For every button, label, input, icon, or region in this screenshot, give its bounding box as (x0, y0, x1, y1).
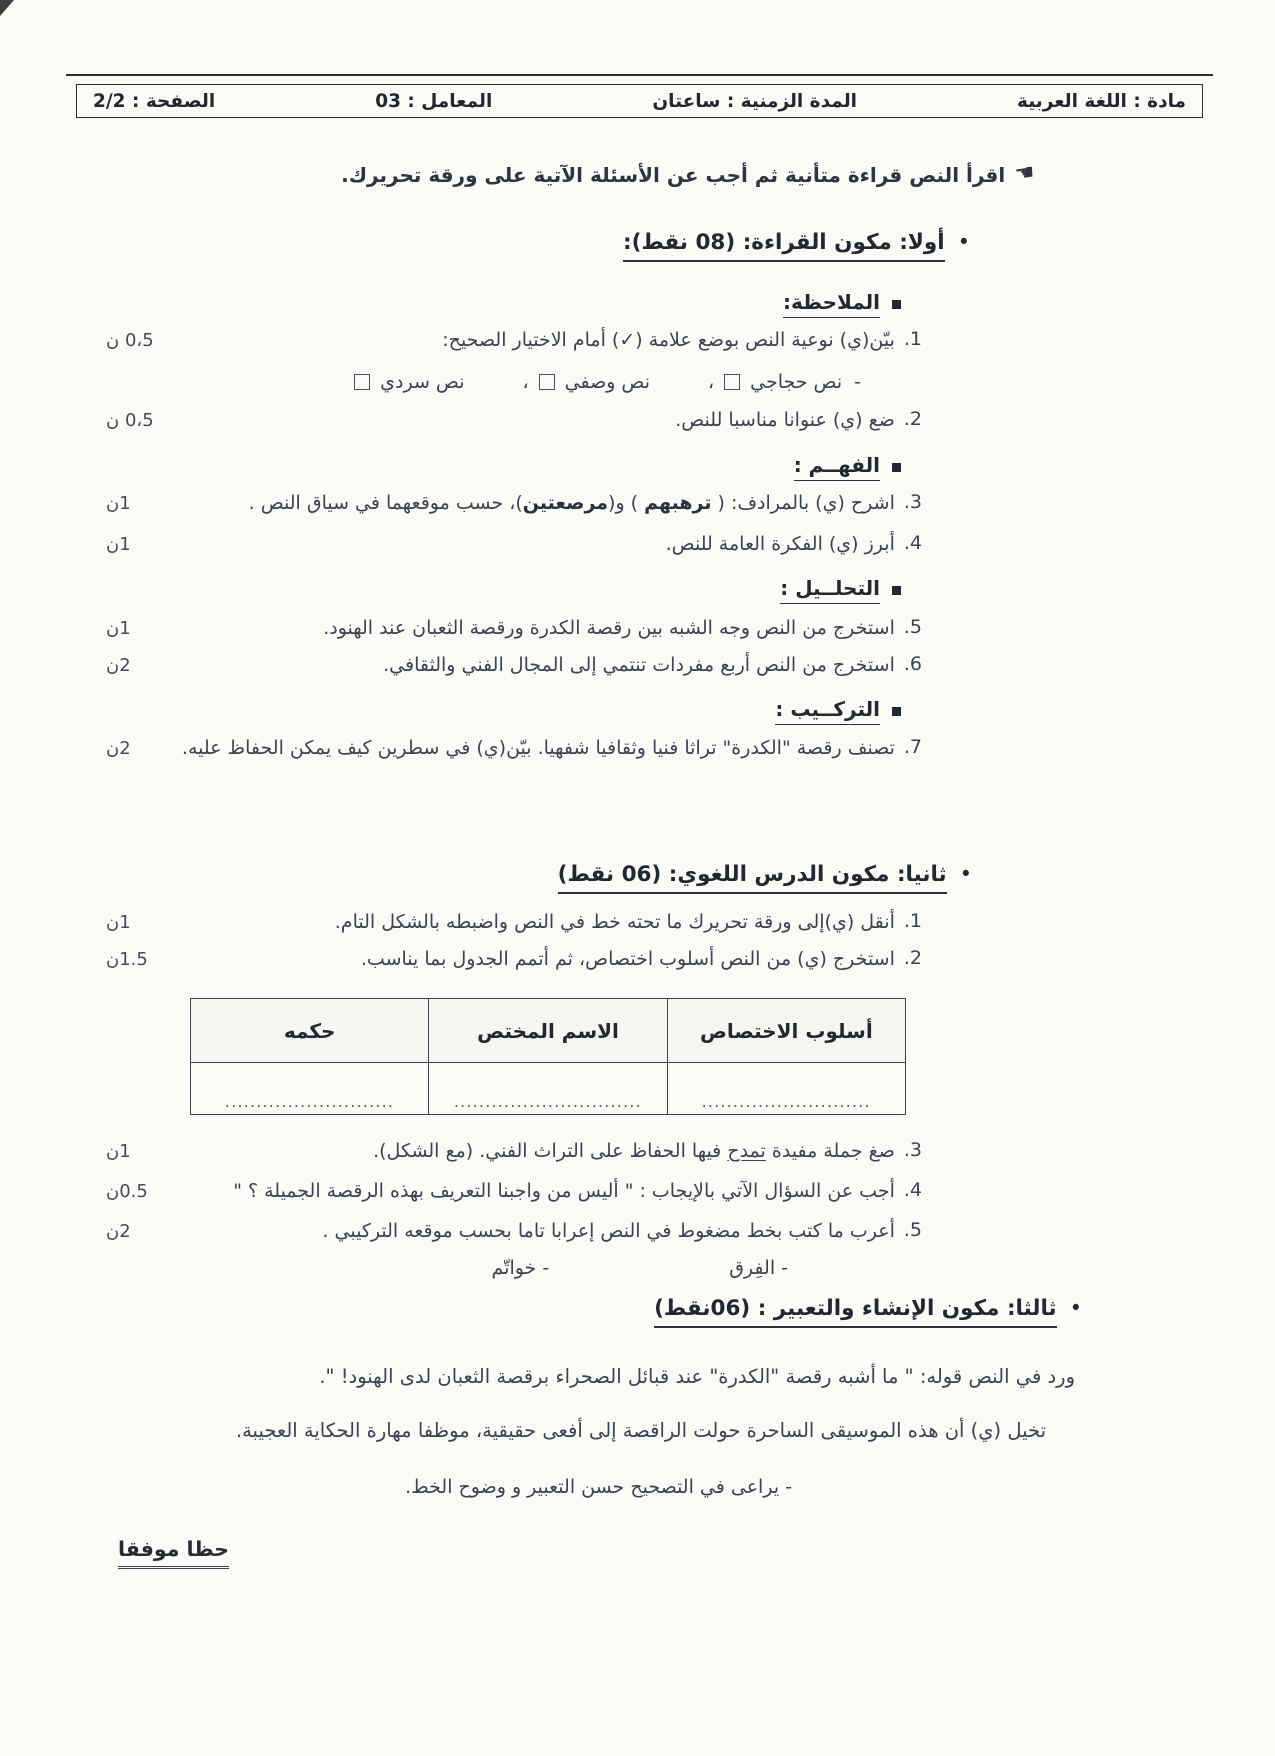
score-badge: 2ن (106, 1219, 131, 1242)
question-l3: 3. صغ جملة مفيدة تمدح فيها الحفاظ على ال… (106, 1139, 922, 1164)
square-bullet-icon (892, 586, 901, 595)
square-bullet-icon (892, 707, 901, 716)
question-l2: 2. استخرج (ي) من النص أسلوب اختصاص، ثم أ… (106, 947, 922, 972)
correction-note: - يراعى في التصحيح حسن التعبير و وضوح ال… (405, 1476, 792, 1498)
text-part: اشرح (ي) بالمرادف: ( (711, 492, 894, 514)
question-number: 2. (904, 947, 922, 972)
question-number: 7. (904, 736, 922, 761)
question-number: 4. (904, 1179, 922, 1204)
option-narrative: نص سردي (344, 371, 464, 393)
question-text: أعرب ما كتب بخط مضغوط في النص إعرابا تام… (322, 1219, 894, 1244)
coefficient-field: المعامل : 03 (375, 91, 492, 112)
question-r3: 3. اشرح (ي) بالمرادف: ( ترهبهم ) و(مرصعت… (106, 491, 922, 516)
question-l5: 5. أعرب ما كتب بخط مضغوط في النص إعرابا … (106, 1219, 922, 1244)
subsection-comprehension: الفهــم : (794, 453, 901, 481)
specialization-table: أسلوب الاختصاص الاسم المختص حكمه .......… (190, 998, 906, 1115)
question-text: استخرج من النص وجه الشبه بين رقصة الكدرة… (323, 616, 895, 641)
question-number: 5. (904, 1219, 922, 1244)
bold-word: ترهبهم (644, 492, 711, 514)
duration-field: المدة الزمنية : ساعتان (652, 91, 857, 112)
score-badge: 1ن (106, 910, 131, 933)
text-part: صغ جملة مفيدة (766, 1140, 895, 1162)
parsing-item: - الفِرق (729, 1257, 788, 1279)
text-part: ) و( (608, 492, 644, 514)
text-type-options-row: - نص حجاجي ، نص وصفي ، نص سردي (344, 371, 861, 393)
option-label: نص وصفي (565, 371, 650, 393)
section-writing-title: ثالثا: مكون الإنشاء والتعبير : (06نقط) (654, 1296, 1057, 1328)
exam-header-box: مادة : اللغة العربية المدة الزمنية : ساع… (76, 84, 1203, 118)
text-part: فيها الحفاظ على التراث الفني. (مع الشكل)… (373, 1140, 727, 1162)
composition-label: التركــيب : (775, 697, 880, 725)
score-badge: 1ن (106, 616, 131, 639)
bullet-icon: • (958, 230, 970, 255)
underlined-word: تمدح (727, 1140, 766, 1162)
instruction-text: اقرأ النص قراءة متأنية ثم أجب عن الأسئلة… (341, 163, 1005, 187)
question-number: 2. (904, 408, 922, 433)
question-r7: 7. تصنف رقصة "الكدرة" تراثا فنيا وثقافيا… (106, 736, 922, 761)
section-language-title: ثانيا: مكون الدرس اللغوي: (06 نقط) (558, 862, 947, 894)
score-badge: 0.5ن (106, 1179, 148, 1202)
score-badge: 0،5 ن (106, 408, 154, 431)
question-number: 1. (904, 910, 922, 935)
question-r5: 5. استخرج من النص وجه الشبه بين رقصة الك… (106, 616, 922, 641)
parsing-items-row: - الفِرق - خواتّم (492, 1257, 788, 1279)
section-reading-title: أولا: مكون القراءة: (08 نقط): (623, 230, 945, 262)
comprehension-label: الفهــم : (794, 453, 880, 481)
bullet-icon: • (1070, 1296, 1082, 1321)
score-badge: 2ن (106, 736, 131, 759)
question-number: 5. (904, 616, 922, 641)
question-text: تصنف رقصة "الكدرة" تراثا فنيا وثقافيا شف… (182, 736, 895, 761)
option-label: نص سردي (380, 371, 464, 393)
question-text: اشرح (ي) بالمرادف: ( ترهبهم ) و(مرصعتين)… (249, 491, 895, 516)
parsing-item: - خواتّم (492, 1257, 550, 1279)
bullet-icon: • (960, 862, 972, 887)
question-number: 6. (904, 653, 922, 678)
question-text: بيّن(ي) نوعية النص بوضع علامة (✓) أمام ا… (442, 328, 895, 353)
section-writing-header: • ثالثا: مكون الإنشاء والتعبير : (06نقط) (654, 1296, 1082, 1328)
subsection-analysis: التحلــيل : (780, 576, 901, 604)
option-separator: ، (708, 371, 714, 393)
question-l1: 1. أنقل (ي)إلى ورقة تحريرك ما تحته خط في… (106, 910, 922, 935)
option-label: نص حجاجي (750, 371, 842, 393)
observation-label: الملاحظة: (783, 290, 880, 318)
subsection-composition: التركــيب : (775, 697, 901, 725)
dash-mark: - (854, 371, 861, 393)
checkbox-icon (539, 374, 555, 390)
header-top-rule (66, 74, 1213, 76)
analysis-label: التحلــيل : (780, 576, 880, 604)
option-argumentative: نص حجاجي ، (708, 371, 842, 393)
question-text: ضع (ي) عنوانا مناسبا للنص. (675, 408, 895, 433)
writing-quote-paragraph: ورد في النص قوله: " ما أشبه رقصة "الكدرة… (319, 1365, 1075, 1388)
table-header-row: أسلوب الاختصاص الاسم المختص حكمه (191, 999, 906, 1063)
goodluck-footer: حظا موفقا (118, 1537, 229, 1569)
dotted-answer-cell: .............................. (429, 1063, 667, 1115)
text-part: )، حسب موقعهما في سياق النص . (249, 492, 523, 514)
subject-field: مادة : اللغة العربية (1017, 91, 1186, 112)
question-number: 3. (904, 491, 922, 516)
checkbox-icon (354, 374, 370, 390)
table-header-cell: حكمه (191, 999, 429, 1063)
section-reading-header: • أولا: مكون القراءة: (08 نقط): (623, 230, 970, 262)
checkbox-icon (724, 374, 740, 390)
question-number: 4. (904, 532, 922, 557)
question-text: استخرج من النص أربع مفردات تنتمي إلى الم… (383, 653, 895, 678)
question-r1: 1. بيّن(ي) نوعية النص بوضع علامة (✓) أما… (106, 328, 922, 353)
square-bullet-icon (892, 463, 901, 472)
scan-corner-artifact (0, 0, 14, 16)
question-r4: 4. أبرز (ي) الفكرة العامة للنص. 1ن (106, 532, 922, 557)
score-badge: 1ن (106, 532, 131, 555)
question-number: 3. (904, 1139, 922, 1164)
option-descriptive: نص وصفي ، (522, 371, 650, 393)
instruction-line: ☚ اقرأ النص قراءة متأنية ثم أجب عن الأسئ… (341, 163, 1035, 187)
score-badge: 0،5 ن (106, 328, 154, 351)
hand-pointer-icon: ☚ (1014, 162, 1037, 187)
writing-prompt-paragraph: تخيل (ي) أن هذه الموسيقى الساحرة حولت ال… (236, 1419, 1046, 1442)
subsection-observation: الملاحظة: (783, 290, 901, 318)
table-header-cell: أسلوب الاختصاص (667, 999, 905, 1063)
question-text: أبرز (ي) الفكرة العامة للنص. (666, 532, 895, 557)
question-r2: 2. ضع (ي) عنوانا مناسبا للنص. 0،5 ن (106, 408, 922, 433)
table-header-cell: الاسم المختص (429, 999, 667, 1063)
square-bullet-icon (892, 300, 901, 309)
question-text: أجب عن السؤال الآتي بالإيجاب : " أليس من… (233, 1179, 895, 1204)
section-language-header: • ثانيا: مكون الدرس اللغوي: (06 نقط) (558, 862, 972, 894)
bold-word: مرصعتين (523, 492, 608, 514)
score-badge: 1.5ن (106, 947, 148, 970)
question-number: 1. (904, 328, 922, 353)
dotted-answer-cell: ........................... (667, 1063, 905, 1115)
score-badge: 1ن (106, 491, 131, 514)
table-answer-row: ........................... ............… (191, 1063, 906, 1115)
option-separator: ، (522, 371, 528, 393)
dotted-answer-cell: ........................... (191, 1063, 429, 1115)
question-text: استخرج (ي) من النص أسلوب اختصاص، ثم أتمم… (361, 947, 895, 972)
page-number-field: الصفحة : 2/2 (93, 91, 215, 112)
question-l4: 4. أجب عن السؤال الآتي بالإيجاب : " أليس… (106, 1179, 922, 1204)
score-badge: 2ن (106, 653, 131, 676)
question-text: صغ جملة مفيدة تمدح فيها الحفاظ على الترا… (373, 1139, 895, 1164)
question-text: أنقل (ي)إلى ورقة تحريرك ما تحته خط في ال… (335, 910, 895, 935)
question-r6: 6. استخرج من النص أربع مفردات تنتمي إلى … (106, 653, 922, 678)
score-badge: 1ن (106, 1139, 131, 1162)
